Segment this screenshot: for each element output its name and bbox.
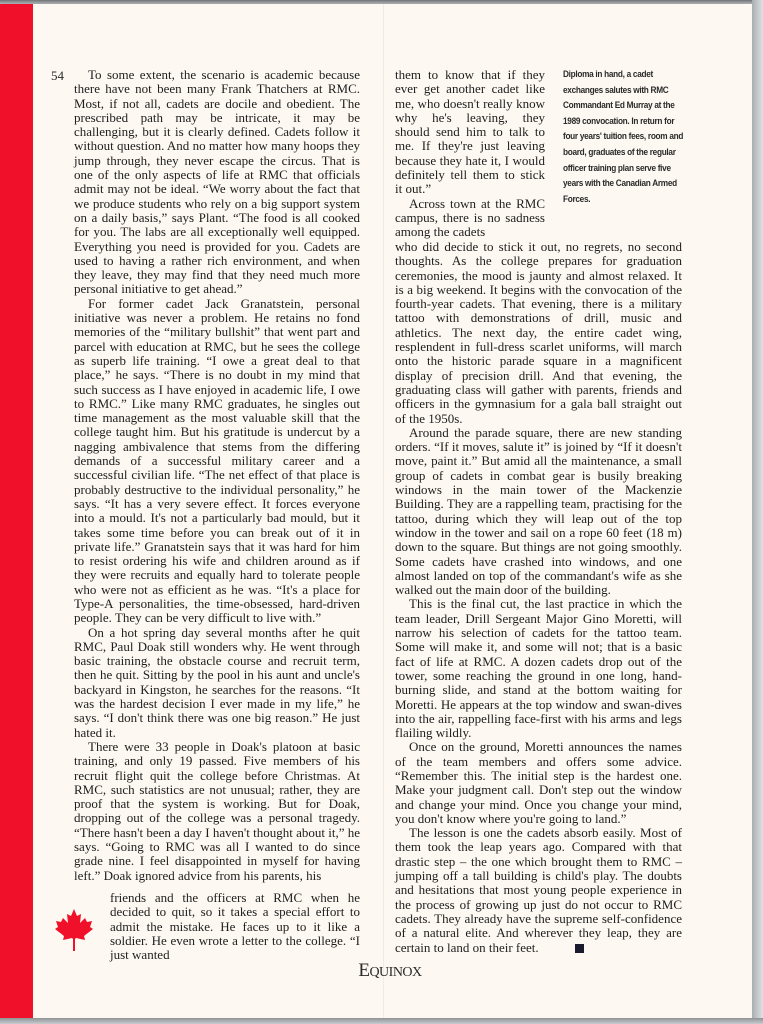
- paragraph-final: The lesson is one the cadets absorb easi…: [395, 826, 682, 955]
- scan-bottom-edge: [0, 1018, 763, 1024]
- equinox-logo: EQUINOX: [350, 960, 430, 982]
- end-of-article-mark: [575, 944, 584, 953]
- article-left-column-indented: friends and the officers at RMC when he …: [110, 891, 360, 962]
- page-number: 54: [51, 68, 64, 84]
- paragraph: friends and the officers at RMC when he …: [110, 891, 360, 962]
- article-left-column: To some extent, the scenario is academic…: [74, 68, 360, 883]
- paragraph: For former cadet Jack Granatstein, perso…: [74, 297, 360, 626]
- red-accent-strip: [0, 4, 33, 1018]
- scan-right-edge: [752, 0, 763, 1024]
- article-right-column-narrow: them to know that if they ever get anoth…: [395, 68, 545, 240]
- paragraph: them to know that if they ever get anoth…: [395, 68, 545, 197]
- paragraph: who did decide to stick it out, no regre…: [395, 240, 682, 426]
- paragraph: There were 33 people in Doak's platoon a…: [74, 740, 360, 883]
- paragraph: To some extent, the scenario is academic…: [74, 68, 360, 297]
- photo-caption: Diploma in hand, a cadet exchanges salut…: [563, 67, 683, 207]
- paragraph: Across town at the RMC campus, there is …: [395, 197, 545, 240]
- page-fold-line: [383, 4, 384, 1018]
- maple-leaf-icon: [54, 907, 94, 951]
- paragraph: On a hot spring day several months after…: [74, 626, 360, 740]
- paragraph: This is the final cut, the last practice…: [395, 597, 682, 740]
- logo-rest: QUINOX: [369, 965, 421, 980]
- paragraph-text: The lesson is one the cadets absorb easi…: [395, 825, 682, 954]
- article-right-column-wide: who did decide to stick it out, no regre…: [395, 240, 682, 955]
- paragraph: Around the parade square, there are new …: [395, 426, 682, 598]
- logo-initial: E: [358, 960, 369, 981]
- paragraph: Once on the ground, Moretti announces th…: [395, 740, 682, 826]
